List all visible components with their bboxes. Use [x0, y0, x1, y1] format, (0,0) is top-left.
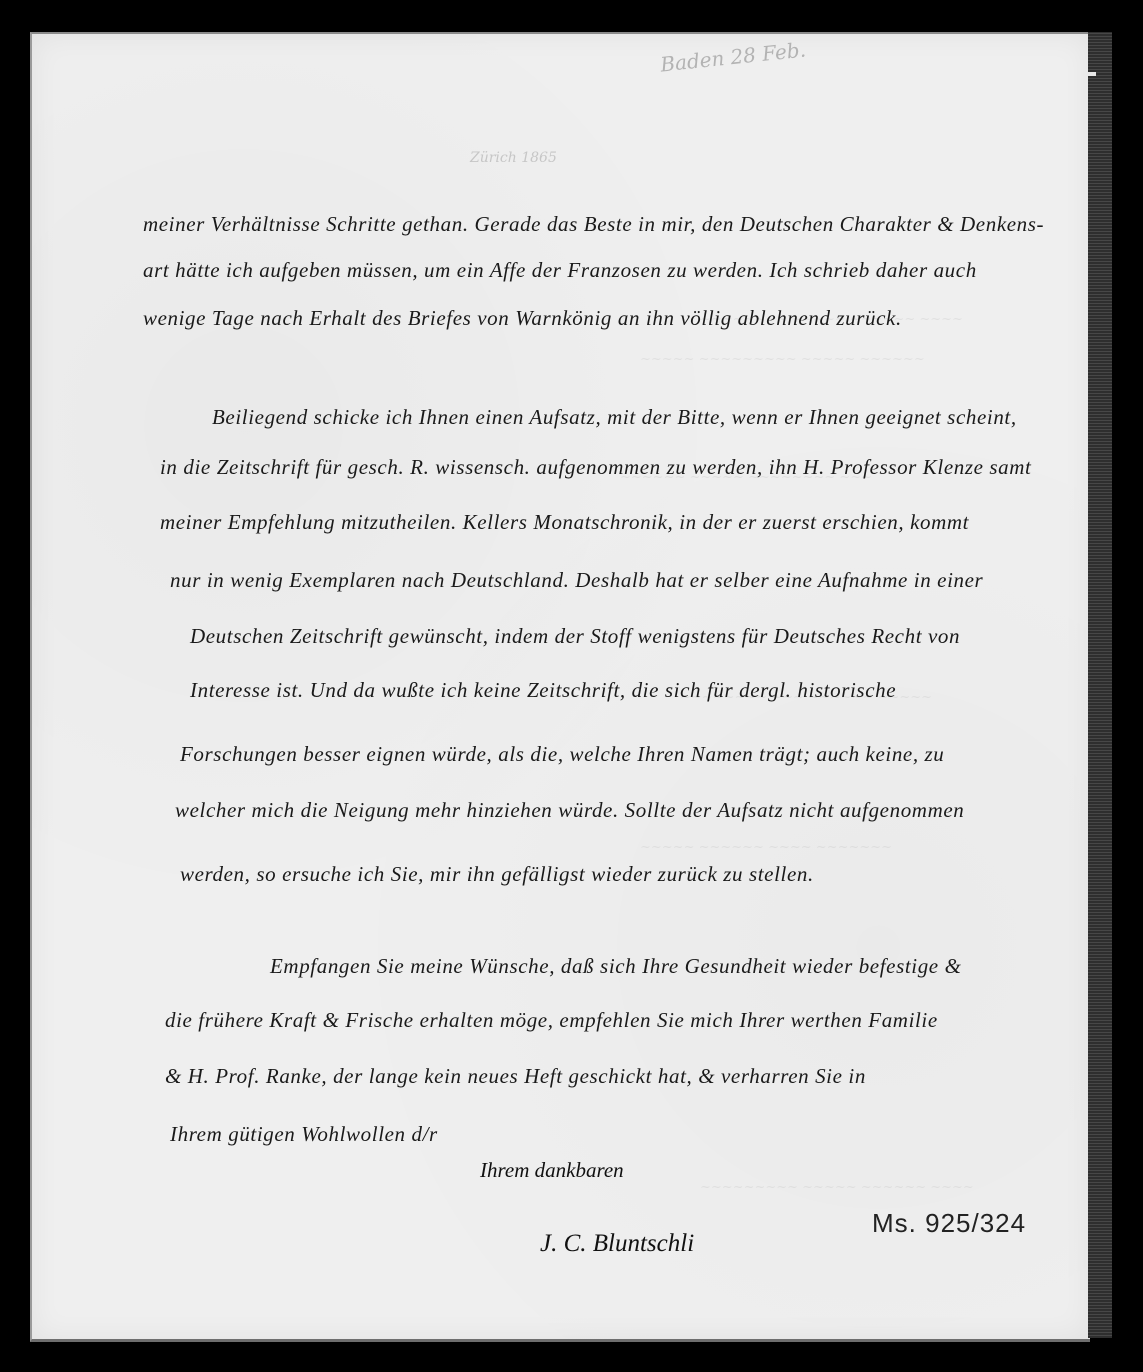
letter-line: Forschungen besser eignen würde, als die…: [180, 742, 944, 767]
letter-line: meiner Verhältnisse Schritte gethan. Ger…: [143, 212, 1044, 237]
signature: J. C. Bluntschli: [540, 1230, 694, 1258]
bleed-through-text: ~~~~~~~~~ ~~~~~ ~~~~~~ ~~~~: [700, 1180, 974, 1195]
letter-line: & H. Prof. Ranke, der lange kein neues H…: [165, 1064, 866, 1089]
edge-tab-mark: [1088, 72, 1096, 76]
scan-frame: Baden 28 Feb. Zürich 1865 ~~~~~~~~ ~~~~~…: [0, 0, 1143, 1372]
letter-line: Ihrem gütigen Wohlwollen d/r: [170, 1122, 438, 1147]
letter-line: die frühere Kraft & Frische erhalten mög…: [165, 1008, 938, 1033]
page-edge-shadow: [1088, 32, 1112, 1338]
letter-line: werden, so ersuche ich Sie, mir ihn gefä…: [180, 862, 814, 887]
letter-line: Empfangen Sie meine Wünsche, daß sich Ih…: [270, 954, 962, 979]
letter-line: in die Zeitschrift für gesch. R. wissens…: [160, 455, 1031, 480]
letter-line: art hätte ich aufgeben müssen, um ein Af…: [143, 258, 977, 283]
letter-closing: Ihrem dankbaren: [480, 1158, 624, 1183]
letter-line: Interesse ist. Und da wußte ich keine Ze…: [190, 678, 896, 703]
letter-line: Beiliegend schicke ich Ihnen einen Aufsa…: [212, 405, 1017, 430]
archive-shelfmark: Ms. 925/324: [872, 1208, 1026, 1239]
letter-line: meiner Empfehlung mitzutheilen. Kellers …: [160, 510, 969, 535]
pencil-annotation-date: Zürich 1865: [470, 150, 557, 166]
letter-line: wenige Tage nach Erhalt des Briefes von …: [143, 306, 902, 331]
letter-line: Deutschen Zeitschrift gewünscht, indem d…: [190, 624, 960, 649]
letter-line: nur in wenig Exemplaren nach Deutschland…: [170, 568, 983, 593]
letter-line: welcher mich die Neigung mehr hinziehen …: [175, 798, 964, 823]
bleed-through-text: ~~~~~ ~~~~~~ ~~~~ ~~~~~~~: [640, 840, 892, 855]
bleed-through-text: ~~~~~ ~~~~~~~~~ ~~~~~ ~~~~~~: [640, 352, 925, 367]
